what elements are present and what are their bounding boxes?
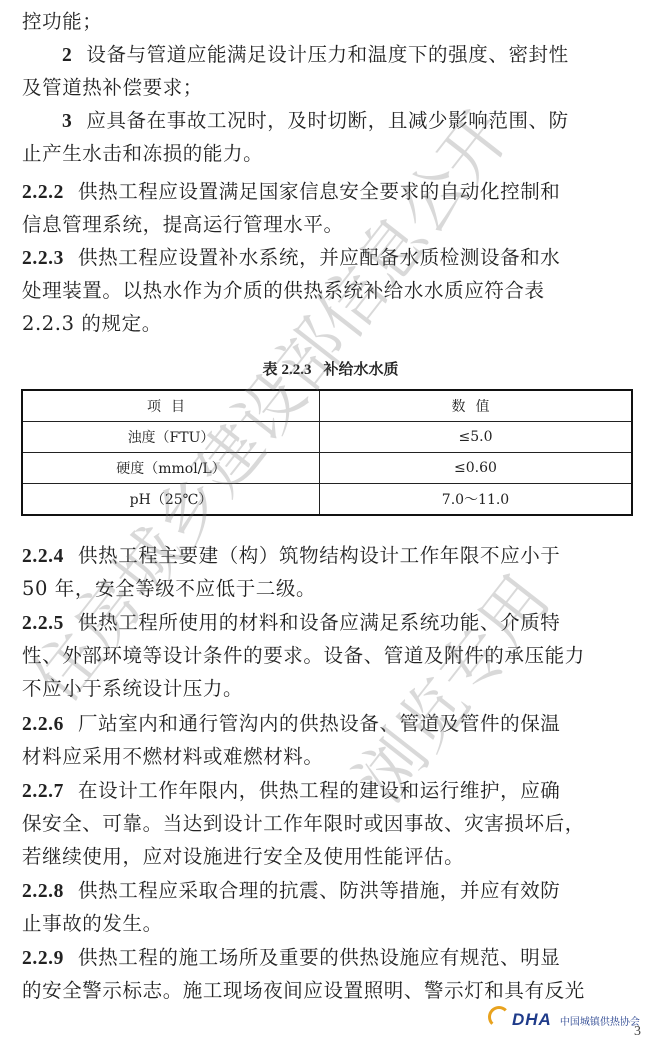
text-line: 处理装置。以热水作为介质的供热系统补给水水质应符合表 [22, 279, 642, 303]
table-row: pH（25℃） 7.0～11.0 [22, 484, 632, 516]
clause-number: 2.2.6 [22, 714, 64, 735]
clause-number: 2.2.5 [22, 613, 64, 634]
clause-text: 止事故的发生。 [22, 912, 163, 935]
list-item: 3应具备在事故工况时，及时切断，且减少影响范围、防 [62, 109, 661, 134]
clause-number: 2.2.7 [22, 781, 64, 802]
clause-number: 2.2.4 [22, 546, 64, 567]
org-name: 中国城镇供热协会 [560, 1013, 640, 1028]
clause-text: 供热工程应设置补水系统，并应配备水质检测设备和水 [78, 246, 560, 269]
text-line: 止产生水击和冻损的能力。 [22, 142, 642, 166]
cell-item: pH（25℃） [22, 484, 320, 516]
clause-text: 2.2.3 的规定。 [22, 312, 162, 335]
line-text: 控功能； [22, 10, 102, 33]
caption-number: 2.2.3 [282, 362, 312, 378]
text-line: 性、外部环境等设计条件的要求。设备、管道及附件的承压能力 [22, 644, 642, 668]
clause-text: 性、外部环境等设计条件的要求。设备、管道及附件的承压能力 [22, 644, 585, 667]
item-number: 3 [62, 111, 72, 132]
clause-text: 供热工程所使用的材料和设备应满足系统功能、介质特 [78, 611, 560, 634]
clause-number: 2.2.3 [22, 248, 64, 269]
clause-text: 供热工程应设置满足国家信息安全要求的自动化控制和 [78, 180, 560, 203]
clause-text: 供热工程应采取合理的抗震、防洪等措施，并应有效防 [78, 879, 560, 902]
item-number: 2 [62, 45, 72, 66]
text-line: 止事故的发生。 [22, 912, 642, 936]
table-row: 硬度（mmol/L） ≤0.60 [22, 453, 632, 484]
clause-number: 2.2.9 [22, 948, 64, 969]
line-text: 止产生水击和冻损的能力。 [22, 142, 263, 165]
clause-text: 保安全、可靠。当达到设计工作年限时或因事故、灾害损坏后， [22, 812, 585, 835]
item-text: 设备与管道应能满足设计压力和温度下的强度、密封性 [86, 43, 568, 66]
signal-arc-icon [488, 1006, 510, 1028]
clause-text: 供热工程的施工场所及重要的供热设施应有规范、明显 [78, 946, 560, 969]
clause-2-2-6: 2.2.6厂站室内和通行管沟内的供热设备、管道及管件的保温 [22, 712, 642, 737]
cell-value: ≤5.0 [320, 422, 633, 453]
clause-text: 的安全警示标志。施工现场夜间应设置照明、警示灯和具有反光 [22, 979, 585, 1002]
item-text: 应具备在事故工况时，及时切断，且减少影响范围、防 [86, 109, 568, 132]
list-item: 2设备与管道应能满足设计压力和温度下的强度、密封性 [62, 43, 661, 68]
line-text: 及管道热补偿要求； [22, 76, 203, 99]
text-line: 控功能； [22, 10, 642, 34]
text-line: 信息管理系统，提高运行管理水平。 [22, 213, 642, 237]
footer-logo: DHA 中国城镇供热协会 [488, 1010, 640, 1030]
caption-prefix: 表 [262, 360, 277, 378]
clause-text: 不应小于系统设计压力。 [22, 677, 243, 700]
water-quality-table: 项目 数值 浊度（FTU） ≤5.0 硬度（mmol/L） ≤0.60 pH（2… [21, 389, 633, 516]
clause-number: 2.2.2 [22, 182, 64, 203]
cell-item: 浊度（FTU） [22, 422, 320, 453]
cell-item: 硬度（mmol/L） [22, 453, 320, 484]
clause-text: 信息管理系统，提高运行管理水平。 [22, 213, 344, 236]
clause-2-2-3: 2.2.3供热工程应设置补水系统，并应配备水质检测设备和水 [22, 246, 642, 271]
text-line: 及管道热补偿要求； [22, 76, 642, 100]
clause-2-2-8: 2.2.8供热工程应采取合理的抗震、防洪等措施，并应有效防 [22, 879, 642, 904]
clause-2-2-2: 2.2.2供热工程应设置满足国家信息安全要求的自动化控制和 [22, 180, 642, 205]
clause-text: 材料应采用不燃材料或难燃材料。 [22, 745, 324, 768]
table-header-row: 项目 数值 [22, 390, 632, 422]
text-line: 2.2.3 的规定。 [22, 312, 642, 336]
logo-text: DHA [512, 1010, 552, 1030]
header-value: 数值 [320, 390, 633, 422]
text-line: 保安全、可靠。当达到设计工作年限时或因事故、灾害损坏后， [22, 812, 642, 836]
clause-text: 供热工程主要建（构）筑物结构设计工作年限不应小于 [78, 544, 560, 567]
table-caption: 表2.2.3补给水水质 [0, 358, 661, 379]
clause-2-2-5: 2.2.5供热工程所使用的材料和设备应满足系统功能、介质特 [22, 611, 642, 636]
clause-text: 处理装置。以热水作为介质的供热系统补给水水质应符合表 [22, 279, 545, 302]
clause-2-2-4: 2.2.4供热工程主要建（构）筑物结构设计工作年限不应小于 [22, 544, 642, 569]
document-page: 控功能； 2设备与管道应能满足设计压力和温度下的强度、密封性 及管道热补偿要求；… [0, 0, 661, 1043]
page-number: 3 [634, 1024, 641, 1040]
clause-2-2-9: 2.2.9供热工程的施工场所及重要的供热设施应有规范、明显 [22, 946, 642, 971]
clause-text: 在设计工作年限内，供热工程的建设和运行维护，应确 [78, 779, 560, 802]
text-line: 若继续使用，应对设施进行安全及使用性能评估。 [22, 845, 642, 869]
clause-number: 2.2.8 [22, 881, 64, 902]
text-line: 不应小于系统设计压力。 [22, 677, 642, 701]
text-line: 的安全警示标志。施工现场夜间应设置照明、警示灯和具有反光 [22, 979, 642, 1003]
cell-value: 7.0～11.0 [320, 484, 633, 516]
clause-text: 厂站室内和通行管沟内的供热设备、管道及管件的保温 [78, 712, 560, 735]
cell-value: ≤0.60 [320, 453, 633, 484]
text-line: 50 年，安全等级不应低于二级。 [22, 577, 642, 601]
caption-title: 补给水水质 [324, 360, 399, 378]
clause-2-2-7: 2.2.7在设计工作年限内，供热工程的建设和运行维护，应确 [22, 779, 642, 804]
table-row: 浊度（FTU） ≤5.0 [22, 422, 632, 453]
header-item: 项目 [22, 390, 320, 422]
clause-text: 若继续使用，应对设施进行安全及使用性能评估。 [22, 845, 464, 868]
text-line: 材料应采用不燃材料或难燃材料。 [22, 745, 642, 769]
clause-text: 50 年，安全等级不应低于二级。 [22, 577, 316, 600]
